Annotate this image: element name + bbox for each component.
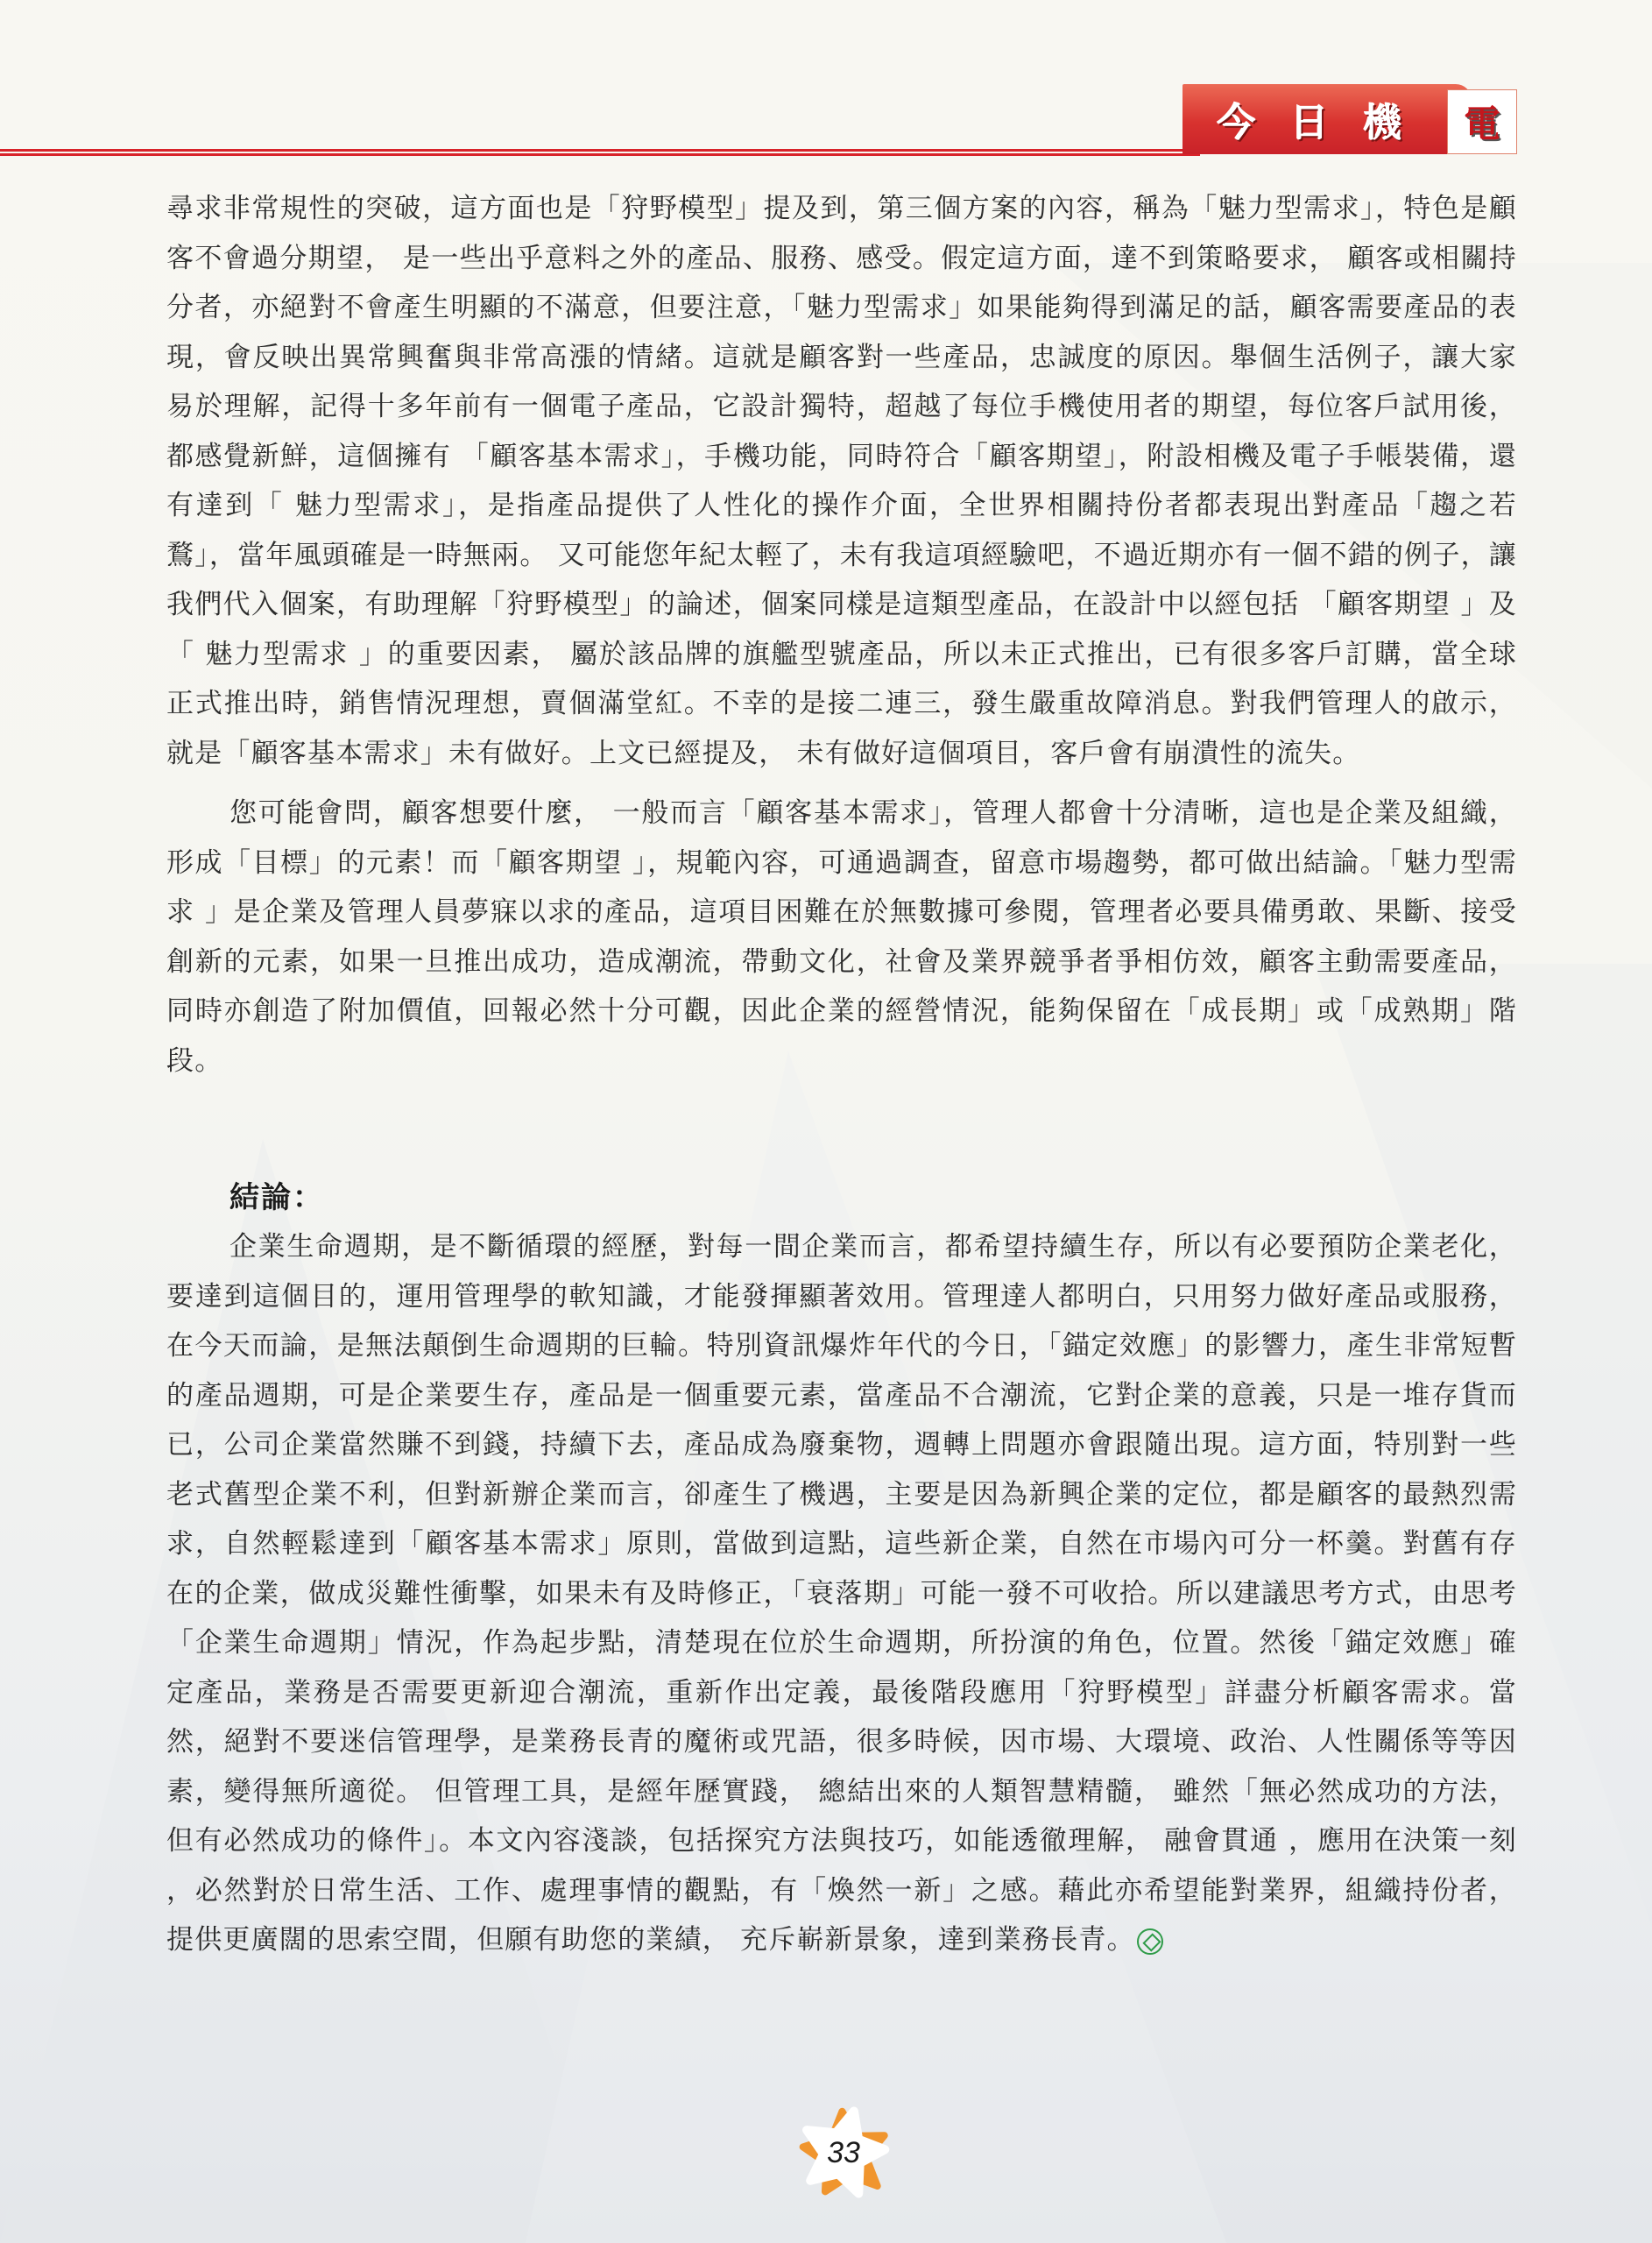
conclusion-heading: 結論： bbox=[229, 1173, 1517, 1222]
article-body: 尋求非常規性的突破，這方面也是「狩野模型」提及到，第三個方案的內容，稱為「魅力型… bbox=[166, 184, 1517, 1965]
banner-tag-char: 電 bbox=[1464, 96, 1500, 148]
banner-char-3: 機 bbox=[1363, 91, 1401, 147]
paragraph-kano-attractive: 尋求非常規性的突破，這方面也是「狩野模型」提及到，第三個方案的內容，稱為「魅力型… bbox=[166, 184, 1517, 778]
conclusion-text: 企業生命週期，是不斷循環的經歷，對每一間企業而言，都希望持續生存，所以有必要預防… bbox=[166, 1231, 1517, 1956]
green-emblem-icon bbox=[1137, 1928, 1163, 1955]
page-number-badge: 33 bbox=[795, 2105, 892, 2201]
header-rule bbox=[0, 149, 1200, 156]
page-number: 33 bbox=[795, 2105, 892, 2201]
magazine-banner: 今 日 機 bbox=[1183, 84, 1472, 154]
banner-char-1: 今 bbox=[1218, 91, 1256, 147]
banner-char-2: 日 bbox=[1290, 91, 1329, 147]
paragraph-conclusion: 企業生命週期，是不斷循環的經歷，對每一間企業而言，都希望持續生存，所以有必要預防… bbox=[166, 1222, 1517, 1965]
banner-tag: 電 bbox=[1447, 89, 1517, 154]
paragraph-customer-wants: 您可能會問，顧客想要什麼， 一般而言「顧客基本需求」，管理人都會十分清晰，這也是… bbox=[166, 789, 1517, 1086]
